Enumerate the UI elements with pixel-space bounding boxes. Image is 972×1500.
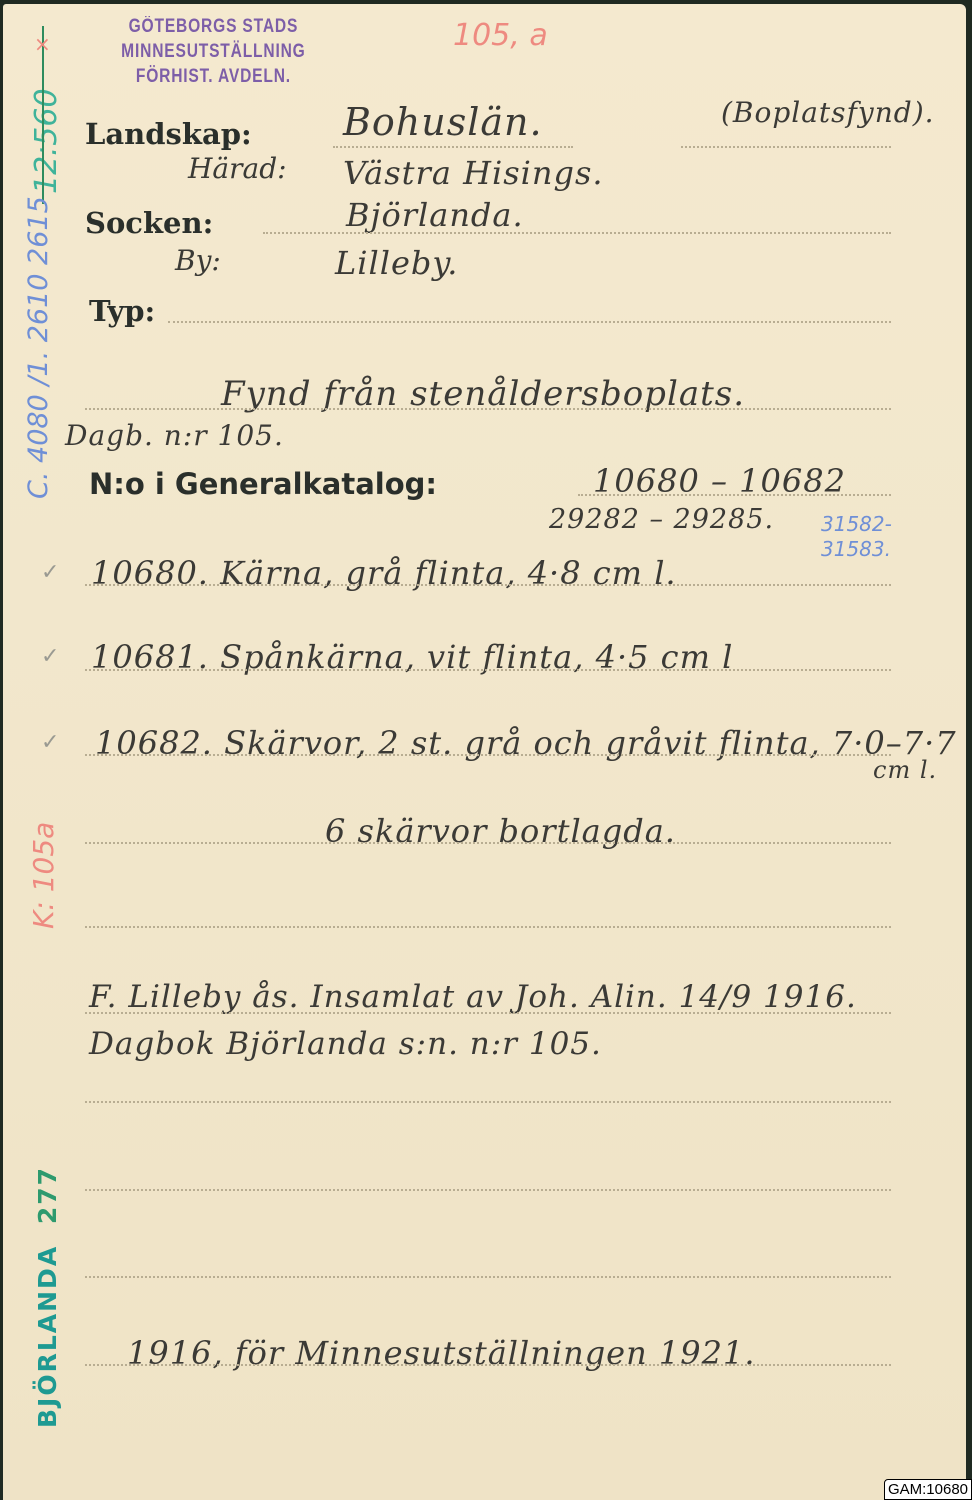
blank-line <box>85 1276 891 1278</box>
provenance-line-2: Dagbok Björlanda s:n. n:r 105. <box>89 1026 602 1062</box>
item-2-line <box>85 669 891 671</box>
catalog-blue-number-1: 31582- <box>821 512 892 536</box>
catalog-extra-numbers: 29282 – 29285. <box>549 504 774 535</box>
catalog-blue-number-2: 31583. <box>821 537 891 561</box>
catalog-label: N:o i Generalkatalog: <box>89 467 437 501</box>
category-note: (Boplatsfynd). <box>721 96 935 129</box>
by-value: Lilleby. <box>335 244 458 282</box>
check-mark-icon: ✓ <box>41 644 59 669</box>
provenance-line <box>85 1012 891 1014</box>
red-reference-number: 105, a <box>453 18 548 53</box>
category-line <box>681 146 891 148</box>
provenance-line-1: F. Lilleby ås. Insamlat av Joh. Alin. 14… <box>89 979 857 1015</box>
green-struck-number: 12:560 <box>29 88 64 194</box>
parish-stamp: BJÖRLANDA 277 <box>33 1166 62 1428</box>
blank-line <box>85 1101 891 1103</box>
blank-line <box>85 926 891 928</box>
dagbok-reference: Dagb. n:r 105. <box>65 419 284 452</box>
item-3: 10682. Skärvor, 2 st. grå och gråvit fli… <box>95 724 957 762</box>
item-1-text: Kärna, grå flinta, 4·8 cm l. <box>220 554 676 592</box>
item-1-line <box>85 584 891 586</box>
socken-line <box>263 232 891 234</box>
typ-line <box>168 321 891 323</box>
exhibition-line <box>85 1364 891 1366</box>
removed-line <box>85 842 891 844</box>
catalog-line <box>578 494 891 496</box>
socken-label: Socken: <box>85 206 213 240</box>
by-label: By: <box>175 244 221 277</box>
item-1: 10680. Kärna, grå flinta, 4·8 cm l. <box>91 554 677 592</box>
item-3-number: 10682. <box>95 724 213 762</box>
stamp-line-1: GÖTEBORGS STADS <box>115 14 312 39</box>
typ-label: Typ: <box>89 294 155 328</box>
archive-id-label: GAM:10680 <box>884 1479 972 1500</box>
landskap-line <box>333 146 573 148</box>
item-3-line <box>85 754 891 756</box>
catalog-card: GÖTEBORGS STADS MINNESUTSTÄLLNING FÖRHIS… <box>3 4 966 1500</box>
check-mark-icon: ✓ <box>41 730 59 755</box>
harad-label: Härad: <box>188 152 287 185</box>
blank-line <box>85 1189 891 1191</box>
museum-stamp: GÖTEBORGS STADS MINNESUTSTÄLLNING FÖRHIS… <box>115 14 312 89</box>
check-mark-icon: ✓ <box>41 560 59 585</box>
stamp-line-3: FÖRHIST. AVDELN. <box>115 64 312 89</box>
red-cross-mark: × <box>34 32 51 56</box>
removed-note: 6 skärvor bortlagda. <box>325 812 676 850</box>
item-3-continuation: cm l. <box>873 756 937 784</box>
parish-stamp-number: 277 <box>33 1166 62 1224</box>
socken-value: Björlanda. <box>346 196 524 234</box>
description-line <box>85 408 891 410</box>
harad-value: Västra Hisings. <box>343 154 604 192</box>
parish-stamp-place: BJÖRLANDA <box>33 1245 62 1428</box>
blue-margin-note: C. 4080 /1. 2610 2615 <box>23 196 54 499</box>
item-1-number: 10680. <box>91 554 209 592</box>
landskap-label: Landskap: <box>85 117 252 151</box>
item-3-text: Skärvor, 2 st. grå och gråvit flinta, 7·… <box>224 724 957 762</box>
exhibition-note: 1916, för Minnesutställningen 1921. <box>127 1334 756 1372</box>
landskap-value: Bohuslän. <box>343 100 543 144</box>
red-margin-note: K: 105a <box>27 822 60 929</box>
stamp-line-2: MINNESUTSTÄLLNING <box>115 39 312 64</box>
